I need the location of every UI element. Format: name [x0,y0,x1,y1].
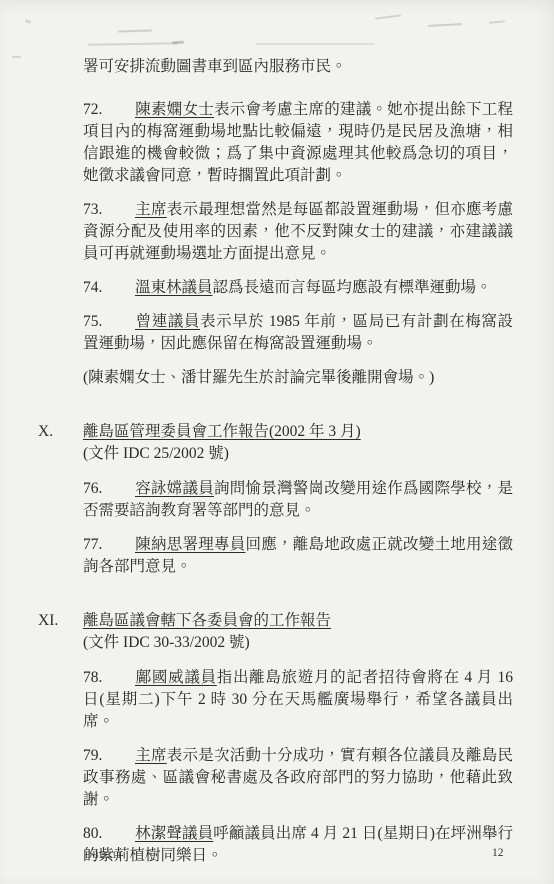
paragraph-number: 78. [83,667,135,689]
scan-artifact [12,56,21,58]
speaker-name: 曾連議員 [135,313,200,330]
footer-page-number: 12 [492,847,504,859]
minutes-paragraph: 76.容詠嫦議員詢問愉景灣警崗改變用途作爲國際學校，是否需要諮詢教育署等部門的意… [83,478,513,522]
minutes-paragraph: 75.曾連議員表示早於 1985 年前，區局已有計劃在梅窩設置運動場，因此應保留… [83,311,513,355]
section-heading: X. 離島區管理委員會工作報告(2002 年 3 月) (文件 IDC 25/2… [83,421,513,465]
speaker-name: 陳納思署理專員 [135,536,246,553]
section-heading: XI. 離島區議會轄下各委員會的工作報告 (文件 IDC 30-33/2002 … [83,610,513,654]
speaker-name: 陳素嫻女士 [135,101,214,118]
paragraph-number: 80. [83,823,135,845]
minutes-paragraph: 80.林潔聲議員呼籲議員出席 4 月 21 日(星期日)在坪洲舉行的紫荊植樹同樂… [83,823,513,867]
document-blocks: 72.陳素嫻女士表示會考慮主席的建議。她亦提出餘下工程項目內的梅窩運動場地點比較… [83,99,513,867]
paragraph-number: 76. [83,478,135,500]
scan-artifact [25,19,32,24]
scanned-minutes-page: 署可安排流動圖書車到區內服務市民。 72.陳素嫻女士表示會考慮主席的建議。她亦提… [0,0,554,884]
speaker-name: 主席 [135,747,167,764]
scan-artifact [172,41,184,45]
minutes-paragraph: 78.鄺國威議員指出離島旅遊月的記者招待會將在 4 月 16 日(星期二)下午 … [83,667,513,733]
minutes-paragraph: 74.溫東林議員認爲長遠而言每區均應設有標準運動場。 [83,277,513,299]
paragraph-number: 77. [83,534,135,556]
paragraph-number: 73. [83,199,135,221]
speaker-name: 容詠嫦議員 [135,480,214,497]
minutes-paragraph: 73.主席表示最理想當然是每區都設置運動場，但亦應考慮資源分配及使用率的因素，他… [83,199,513,265]
document-reference: (文件 IDC 30-33/2002 號) [83,632,513,654]
paragraph-number: 75. [83,311,135,333]
minutes-paragraph: 72.陳素嫻女士表示會考慮主席的建議。她亦提出餘下工程項目內的梅窩運動場地點比較… [83,99,513,187]
section-title: 離島區議會轄下各委員會的工作報告 [83,612,331,629]
paragraph-number: 74. [83,277,135,299]
minutes-paragraph: 79.主席表示是次活動十分成功，實有賴各位議員及離島民政事務處、區議會秘書處及各… [83,745,513,811]
document-reference: (文件 IDC 25/2002 號) [83,443,513,465]
remark-text: (陳素嫻女士、潘甘羅先生於討論完畢後離開會場。) [83,369,434,386]
paragraph-text: 認爲長遠而言每區均應設有標準運動場。 [213,279,492,296]
attendance-remark: (陳素嫻女士、潘甘羅先生於討論完畢後離開會場。) [83,367,513,389]
speaker-name: 主席 [135,201,167,218]
scan-artifact [428,23,462,27]
scan-artifact [375,14,401,20]
scan-artifact [255,43,375,45]
footer-document-code: DBD211 [85,851,122,861]
scan-artifact [88,42,178,46]
document-body: 署可安排流動圖書車到區內服務市民。 72.陳素嫻女士表示會考慮主席的建議。她亦提… [83,56,513,879]
paragraph-number: 79. [83,745,135,767]
section-numeral: XI. [38,610,58,632]
paragraph-continuation: 署可安排流動圖書車到區內服務市民。 [83,56,513,78]
paragraph-number: 72. [83,99,135,121]
speaker-name: 溫東林議員 [135,279,213,296]
section-numeral: X. [38,421,53,443]
scan-artifact [118,29,152,32]
speaker-name: 林潔聲議員 [135,825,213,842]
scan-artifact [489,20,505,23]
minutes-paragraph: 77.陳納思署理專員回應，離島地政處正就改變土地用途徵詢各部門意見。 [83,534,513,578]
section-title: 離島區管理委員會工作報告(2002 年 3 月) [83,423,361,440]
speaker-name: 鄺國威議員 [135,669,217,686]
